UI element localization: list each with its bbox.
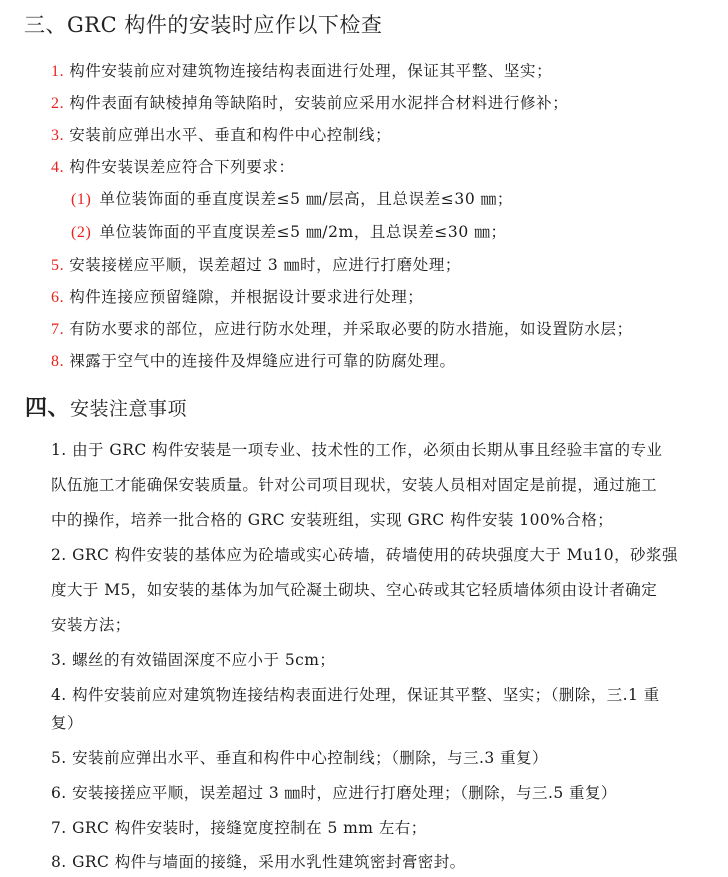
paragraph-number: 2.	[51, 546, 67, 564]
section-3-title: GRC 构件的安装时应作以下检查	[67, 13, 382, 37]
section-3-item-6: 6.构件连接应预留缝隙，并根据设计要求进行处理；	[51, 285, 423, 307]
section-3-item-4: 4.构件安装误差应符合下列要求：	[51, 155, 295, 177]
list-text: 安装前应弹出水平、垂直和构件中心控制线；	[69, 126, 391, 144]
section-4-para-7: 7. GRC 构件安装时，接缝宽度控制在 5 mm 左右；	[51, 816, 427, 838]
section-3-heading: 三、GRC 构件的安装时应作以下检查	[24, 9, 382, 39]
paragraph-text: GRC 构件安装的基体应为砼墙或实心砖墙，砖墙使用的砖块强度大于 Mu10，砂浆…	[72, 546, 678, 564]
list-number: 1.	[51, 63, 64, 80]
section-4-para-2-line-2: 度大于 M5，如安装的基体为加气砼凝土砌块、空心砖或其它轻质墙体须由设计者确定	[51, 578, 657, 600]
paragraph-number: 1.	[51, 441, 67, 459]
list-text: 构件表面有缺棱掉角等缺陷时，安装前应采用水泥拌合材料进行修补；	[69, 94, 568, 112]
paragraph-text: GRC 构件与墙面的接缝，采用水乳性建筑密封膏密封。	[72, 853, 466, 871]
section-3-item-1: 1.构件安装前应对建筑物连接结构表面进行处理，保证其平整、坚实；	[51, 59, 552, 81]
section-3-subitem-1: (1)单位装饰面的垂直度误差≤5 ㎜/层高，且总误差≤30 ㎜；	[71, 187, 513, 209]
list-number: 4.	[51, 159, 64, 176]
sublist-number: (1)	[71, 191, 91, 208]
section-4-para-3: 3. 螺丝的有效锚固深度不应小于 5cm；	[51, 648, 335, 670]
list-text: 安装接槎应平顺，误差超过 3 ㎜时，应进行打磨处理；	[69, 256, 461, 274]
paragraph-text: 安装方法；	[51, 616, 131, 634]
section-4-heading: 四、安装注意事项	[25, 391, 187, 422]
section-3-item-2: 2.构件表面有缺棱掉角等缺陷时，安装前应采用水泥拌合材料进行修补；	[51, 91, 568, 113]
list-number: 5.	[51, 257, 64, 274]
section-3-item-5: 5.安装接槎应平顺，误差超过 3 ㎜时，应进行打磨处理；	[51, 253, 461, 275]
list-number: 3.	[51, 127, 64, 144]
section-3-number: 三、	[24, 13, 67, 37]
section-3-item-3: 3.安装前应弹出水平、垂直和构件中心控制线；	[51, 123, 391, 145]
section-4-para-5: 5. 安装前应弹出水平、垂直和构件中心控制线；（删除，与三.3 重复）	[51, 746, 548, 768]
section-4-para-4-line-2: 复）	[51, 711, 83, 733]
section-4-para-8: 8. GRC 构件与墙面的接缝，采用水乳性建筑密封膏密封。	[51, 850, 466, 872]
paragraph-number: 5.	[51, 749, 67, 767]
paragraph-text: 度大于 M5，如安装的基体为加气砼凝土砌块、空心砖或其它轻质墙体须由设计者确定	[51, 581, 657, 599]
paragraph-text: GRC 构件安装时，接缝宽度控制在 5 mm 左右；	[72, 819, 427, 837]
section-3-item-7: 7.有防水要求的部位，应进行防水处理，并采取必要的防水措施，如设置防水层；	[51, 317, 633, 339]
list-text: 构件安装误差应符合下列要求：	[69, 158, 294, 176]
section-3-item-8: 8.裸露于空气中的连接件及焊缝应进行可靠的防腐处理。	[51, 349, 456, 371]
section-4-para-4-line-1: 4. 构件安装前应对建筑物连接结构表面进行处理，保证其平整、坚实；（删除，三.1…	[51, 683, 660, 705]
list-text: 构件连接应预留缝隙，并根据设计要求进行处理；	[69, 288, 423, 306]
sublist-text: 单位装饰面的垂直度误差≤5 ㎜/层高，且总误差≤30 ㎜；	[99, 190, 513, 208]
list-number: 6.	[51, 289, 64, 306]
section-4-para-2-line-1: 2. GRC 构件安装的基体应为砼墙或实心砖墙，砖墙使用的砖块强度大于 Mu10…	[51, 543, 678, 565]
section-4-title: 安装注意事项	[70, 398, 187, 420]
sublist-number: (2)	[71, 224, 91, 241]
section-4-para-6: 6. 安装接搓应平顺，误差超过 3 ㎜时，应进行打磨处理；（删除，与三.5 重复…	[51, 781, 617, 803]
paragraph-text: 安装接搓应平顺，误差超过 3 ㎜时，应进行打磨处理；（删除，与三.5 重复）	[72, 784, 617, 802]
paragraph-number: 6.	[51, 784, 67, 802]
section-3-subitem-2: (2)单位装饰面的平直度误差≤5 ㎜/2m，且总误差≤30 ㎜；	[71, 220, 507, 242]
paragraph-text: 安装前应弹出水平、垂直和构件中心控制线；（删除，与三.3 重复）	[72, 749, 548, 767]
section-4-para-1-line-1: 1. 由于 GRC 构件安装是一项专业、技术性的工作，必须由长期从事且经验丰富的…	[51, 438, 662, 460]
paragraph-text: 由于 GRC 构件安装是一项专业、技术性的工作，必须由长期从事且经验丰富的专业	[72, 441, 662, 459]
paragraph-text: 队伍施工才能确保安装质量。针对公司项目现状，安装人员相对固定是前提，通过施工	[51, 476, 657, 494]
paragraph-text: 中的操作，培养一批合格的 GRC 安装班组，实现 GRC 构件安装 100%合格…	[51, 511, 613, 529]
paragraph-number: 4.	[51, 686, 67, 704]
paragraph-text: 复）	[51, 714, 83, 732]
document-page: 三、GRC 构件的安装时应作以下检查 1.构件安装前应对建筑物连接结构表面进行处…	[0, 0, 728, 877]
paragraph-number: 3.	[51, 651, 67, 669]
paragraph-number: 8.	[51, 853, 67, 871]
section-4-number: 四、	[25, 395, 70, 421]
paragraph-number: 7.	[51, 819, 67, 837]
list-text: 裸露于空气中的连接件及焊缝应进行可靠的防腐处理。	[69, 352, 455, 370]
list-number: 7.	[51, 321, 64, 338]
section-4-para-1-line-3: 中的操作，培养一批合格的 GRC 安装班组，实现 GRC 构件安装 100%合格…	[51, 508, 613, 530]
list-text: 有防水要求的部位，应进行防水处理，并采取必要的防水措施，如设置防水层；	[69, 320, 633, 338]
list-text: 构件安装前应对建筑物连接结构表面进行处理，保证其平整、坚实；	[69, 62, 552, 80]
paragraph-text: 构件安装前应对建筑物连接结构表面进行处理，保证其平整、坚实；（删除，三.1 重	[72, 686, 660, 704]
section-4-para-2-line-3: 安装方法；	[51, 613, 131, 635]
list-number: 8.	[51, 353, 64, 370]
list-number: 2.	[51, 95, 64, 112]
section-4-para-1-line-2: 队伍施工才能确保安装质量。针对公司项目现状，安装人员相对固定是前提，通过施工	[51, 473, 657, 495]
paragraph-text: 螺丝的有效锚固深度不应小于 5cm；	[72, 651, 335, 669]
sublist-text: 单位装饰面的平直度误差≤5 ㎜/2m，且总误差≤30 ㎜；	[99, 223, 506, 241]
